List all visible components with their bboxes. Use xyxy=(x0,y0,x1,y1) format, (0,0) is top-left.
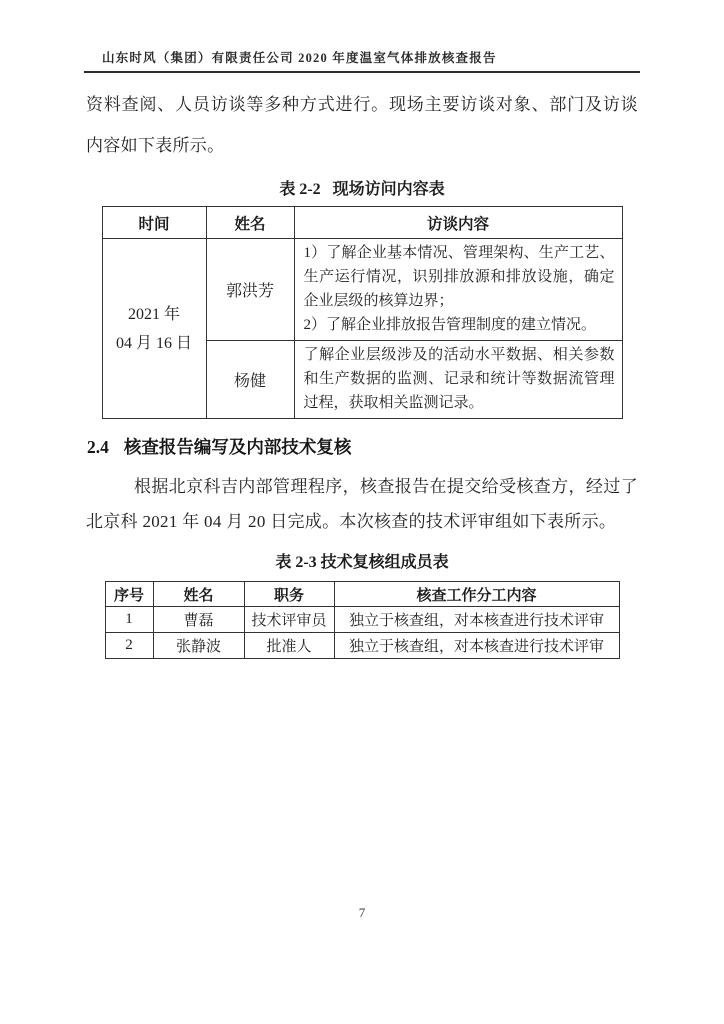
intro-paragraph: 资料查阅、人员访谈等多种方式进行。现场主要访谈对象、部门及访谈内容如下表所示。 xyxy=(86,84,638,166)
member-duty-cell: 独立于核查组，对本核查进行技术评审 xyxy=(334,633,619,659)
table-2-3: 序号 姓名 职务 核查工作分工内容 1 曹磊 技术评审员 独立于核查组，对本核查… xyxy=(105,581,620,659)
interviewee-name-cell: 郭洪芳 xyxy=(206,239,294,341)
column-header-name: 姓名 xyxy=(153,582,244,607)
interviewee-name-cell: 杨健 xyxy=(206,341,294,419)
page-header: 山东时风（集团）有限责任公司 2020 年度温室气体排放核查报告 xyxy=(84,0,640,73)
section-title: 核查报告编写及内部技术复核 xyxy=(124,437,352,457)
document-page: 山东时风（集团）有限责任公司 2020 年度温室气体排放核查报告 资料查阅、人员… xyxy=(0,0,724,1024)
column-header-time: 时间 xyxy=(102,207,206,239)
table-2-3-title: 表 2-3 技术复核组成员表 xyxy=(86,549,638,572)
column-header-name: 姓名 xyxy=(206,207,294,239)
interview-content-item: 2）了解企业排放报告管理制度的建立情况。 xyxy=(304,313,615,337)
member-role-cell: 批准人 xyxy=(244,633,334,659)
interview-content-cell: 1）了解企业基本情况、管理架构、生产工艺、生产运行情况，识别排放源和排放设施，确… xyxy=(294,239,622,341)
column-header-no: 序号 xyxy=(105,582,153,607)
section-2-4-heading: 2.4核查报告编写及内部技术复核 xyxy=(87,434,638,459)
interview-date-line1: 2021 年 xyxy=(104,300,205,329)
member-duty-cell: 独立于核查组，对本核查进行技术评审 xyxy=(334,607,619,633)
interview-content-item: 1）了解企业基本情况、管理架构、生产工艺、生产运行情况，识别排放源和排放设施，确… xyxy=(304,241,615,313)
page-content: 资料查阅、人员访谈等多种方式进行。现场主要访谈对象、部门及访谈内容如下表所示。 … xyxy=(0,84,724,659)
table-row: 序号 姓名 职务 核查工作分工内容 xyxy=(105,582,619,607)
table-2-2: 时间 姓名 访谈内容 2021 年 04 月 16 日 郭洪芳 1）了解企业基本… xyxy=(102,206,623,419)
column-header-content: 访谈内容 xyxy=(294,207,622,239)
table-2-2-title: 表 2-2 现场访问内容表 xyxy=(86,176,638,199)
table-row: 2 张静波 批准人 独立于核查组，对本核查进行技术评审 xyxy=(105,633,619,659)
page-number: 7 xyxy=(0,905,724,921)
interview-content-item: 了解企业层级涉及的活动水平数据、相关参数和生产数据的监测、记录和统计等数据流管理… xyxy=(304,343,615,415)
member-name-cell: 张静波 xyxy=(153,633,244,659)
table-row: 1 曹磊 技术评审员 独立于核查组，对本核查进行技术评审 xyxy=(105,607,619,633)
report-header-title: 山东时风（集团）有限责任公司 2020 年度温室气体排放核查报告 xyxy=(84,48,640,66)
table-row: 时间 姓名 访谈内容 xyxy=(102,207,622,239)
column-header-duty: 核查工作分工内容 xyxy=(334,582,619,607)
member-role-cell: 技术评审员 xyxy=(244,607,334,633)
member-no-cell: 2 xyxy=(105,633,153,659)
interview-content-cell: 了解企业层级涉及的活动水平数据、相关参数和生产数据的监测、记录和统计等数据流管理… xyxy=(294,341,622,419)
member-name-cell: 曹磊 xyxy=(153,607,244,633)
column-header-role: 职务 xyxy=(244,582,334,607)
member-no-cell: 1 xyxy=(105,607,153,633)
table-row: 2021 年 04 月 16 日 郭洪芳 1）了解企业基本情况、管理架构、生产工… xyxy=(102,239,622,341)
interview-date-cell: 2021 年 04 月 16 日 xyxy=(102,239,206,419)
section-number: 2.4 xyxy=(87,437,109,457)
section-2-4-paragraph: 根据北京科吉内部管理程序，核查报告在提交给受核查方，经过了北京科 2021 年 … xyxy=(86,469,638,539)
interview-date-line2: 04 月 16 日 xyxy=(104,329,205,358)
